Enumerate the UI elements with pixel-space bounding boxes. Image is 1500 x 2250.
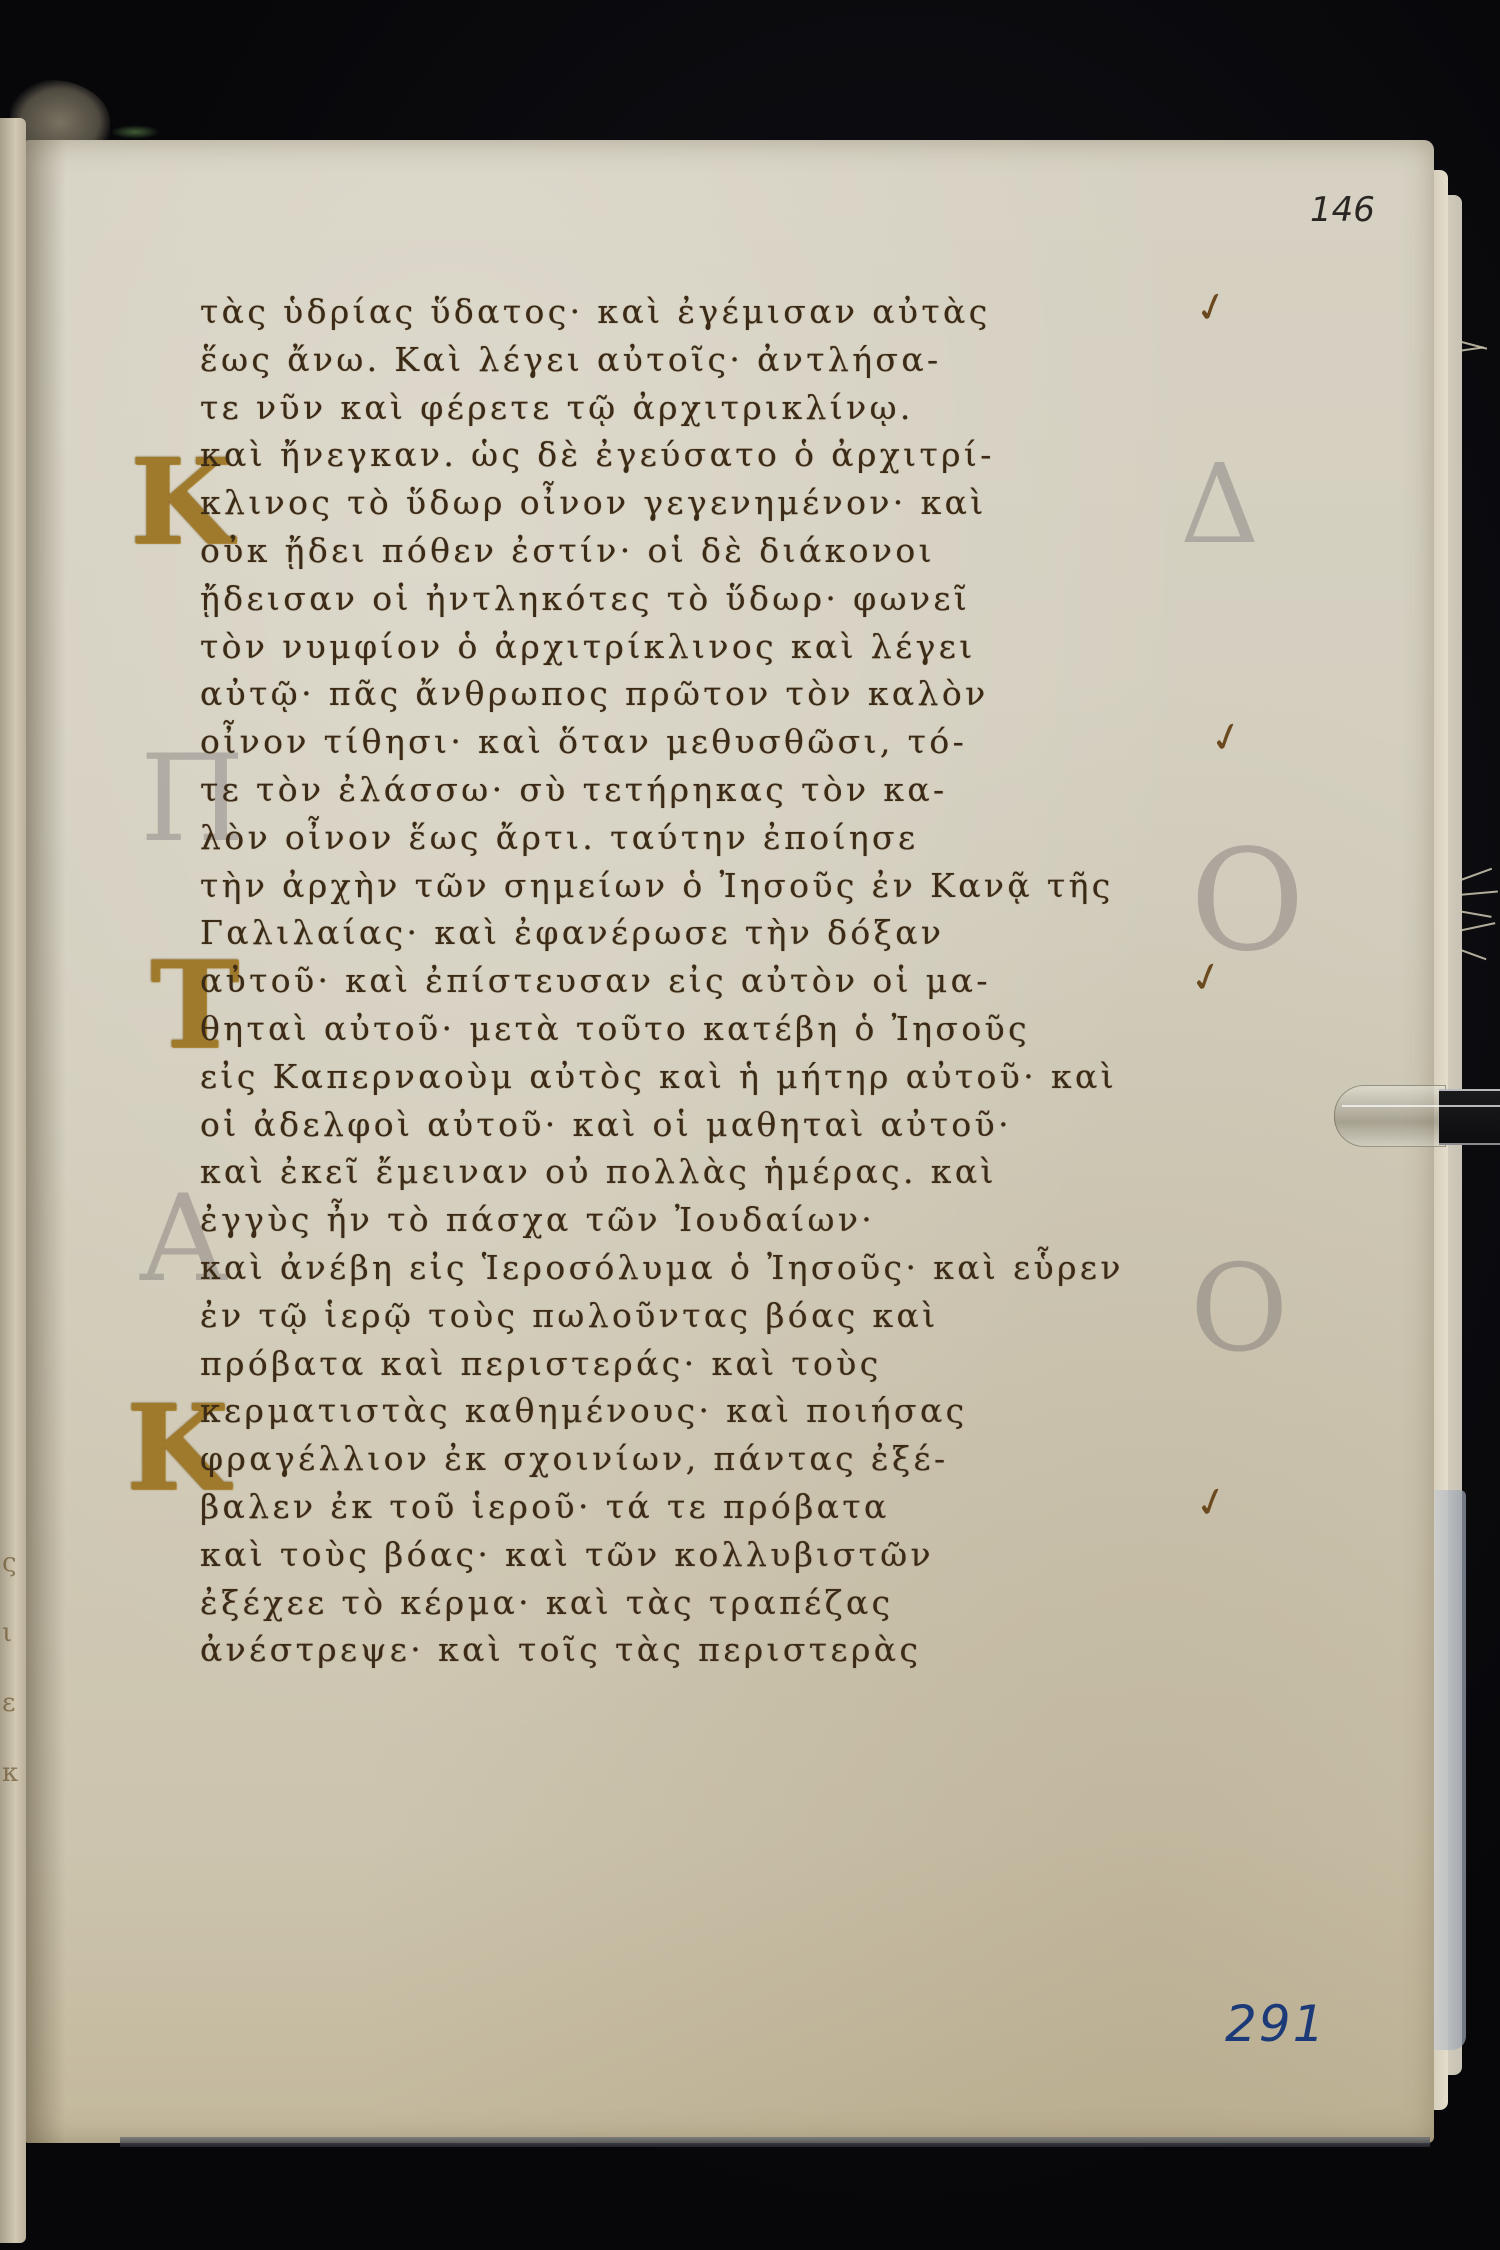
text-line: ἐν τῷ ἱερῷ τοὺς πωλοῦντας βόας καὶ <box>200 1292 1220 1340</box>
text-line: ἕως ἄνω. Καὶ λέγει αὐτοῖς· ἀντλήσα- <box>200 336 1220 384</box>
text-line: αὐτοῦ· καὶ ἐπίστευσαν εἰς αὐτὸν οἱ μα- <box>200 957 1220 1005</box>
text-line: καὶ τοὺς βόας· καὶ τῶν κολλυβιστῶν <box>200 1531 1220 1579</box>
text-line: καὶ ἐκεῖ ἔμειναν οὐ πολλὰς ἡμέρας. καὶ <box>200 1148 1220 1196</box>
plastic-guard-sheet <box>1432 1490 1466 2050</box>
text-line: τε νῦν καὶ φέρετε τῷ ἀρχιτρικλίνῳ. <box>200 384 1220 432</box>
text-line: τὰς ὑδρίας ὕδατος· καὶ ἐγέμισαν αὐτὰς <box>200 288 1220 336</box>
text-line: ἐξέχεε τὸ κέρμα· καὶ τὰς τραπέζας <box>200 1579 1220 1627</box>
text-line: φραγέλλιον ἐκ σχοινίων, πάντας ἐξέ- <box>200 1435 1220 1483</box>
text-line: ᾔδεισαν οἱ ἠντληκότες τὸ ὕδωρ· φωνεῖ <box>200 575 1220 623</box>
text-line: οἶνον τίθησι· καὶ ὅταν μεθυσθῶσι, τό- <box>200 718 1220 766</box>
folio-number: 146 <box>1310 190 1375 230</box>
text-line: τε τὸν ἐλάσσω· σὺ τετήρηκας τὸν κα- <box>200 766 1220 814</box>
text-line: καὶ ἀνέβη εἰς Ἱεροσόλυμα ὁ Ἰησοῦς· καὶ ε… <box>200 1244 1220 1292</box>
clip-bar <box>1439 1089 1500 1145</box>
left-page-fragment: ι <box>2 1618 12 1648</box>
left-page-fragment: ς <box>2 1548 17 1578</box>
text-line: καὶ ἤνεγκαν. ὡς δὲ ἐγεύσατο ὁ ἀρχιτρί- <box>200 431 1220 479</box>
text-line: κερματιστὰς καθημένους· καὶ ποιήσας <box>200 1387 1220 1435</box>
left-page-fragment: κ <box>2 1758 18 1788</box>
page-clip <box>1334 1085 1500 1145</box>
text-line: βαλεν ἐκ τοῦ ἱεροῦ· τά τε πρόβατα <box>200 1483 1220 1531</box>
text-line: αὐτῷ· πᾶς ἄνθρωπος πρῶτον τὸν καλὸν <box>200 670 1220 718</box>
text-line: οὐκ ᾔδει πόθεν ἐστίν· οἱ δὲ διάκονοι <box>200 527 1220 575</box>
inventory-number: 291 <box>1225 1995 1326 2053</box>
text-line: εἰς Καπερναοὺμ αὐτὸς καὶ ἡ μήτηρ αὐτοῦ· … <box>200 1053 1220 1101</box>
clip-highlight <box>1342 1105 1500 1107</box>
text-line: θηταὶ αὐτοῦ· μετὰ τοῦτο κατέβη ὁ Ἰησοῦς <box>200 1005 1220 1053</box>
text-line: λὸν οἶνον ἕως ἄρτι. ταύτην ἐποίησε <box>200 814 1220 862</box>
text-block: τὰς ὑδρίας ὕδατος· καὶ ἐγέμισαν αὐτὰς ἕω… <box>200 288 1220 1674</box>
text-line: οἱ ἀδελφοὶ αὐτοῦ· καὶ οἱ μαθηταὶ αὐτοῦ· <box>200 1101 1220 1149</box>
clip-tip <box>1334 1085 1446 1147</box>
text-line: Γαλιλαίας· καὶ ἐφανέρωσε τὴν δόξαν <box>200 909 1220 957</box>
text-line: τὸν νυμφίον ὁ ἀρχιτρίκλινος καὶ λέγει <box>200 623 1220 671</box>
text-line: ἀνέστρεψε· καὶ τοῖς τὰς περιστερὰς <box>200 1626 1220 1674</box>
left-page-fragment: ε <box>2 1688 15 1718</box>
text-line: κλινος τὸ ὕδωρ οἶνον γεγενημένον· καὶ <box>200 479 1220 527</box>
text-line: πρόβατα καὶ περιστεράς· καὶ τοὺς <box>200 1340 1220 1388</box>
folio-bottom-edge <box>120 2137 1430 2147</box>
left-page-edge: ς ι ε κ <box>0 118 26 2243</box>
text-line: ἐγγὺς ἦν τὸ πάσχα τῶν Ἰουδαίων· <box>200 1196 1220 1244</box>
text-line: τὴν ἀρχὴν τῶν σημείων ὁ Ἰησοῦς ἐν Κανᾷ τ… <box>200 862 1220 910</box>
